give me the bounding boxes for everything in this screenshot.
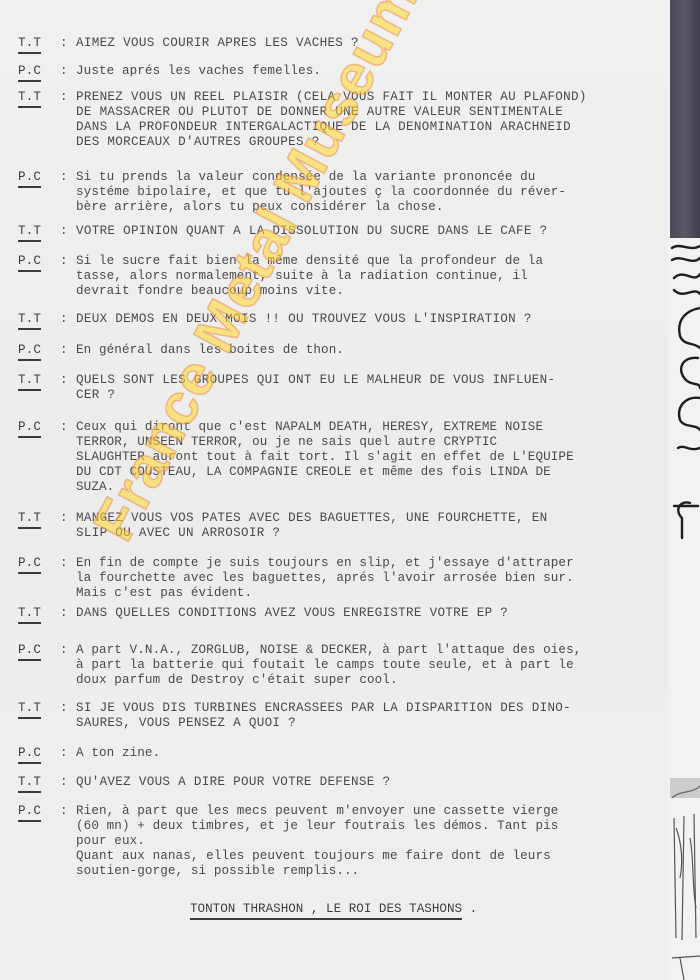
answer-entry: P.C:Si le sucre fait bien la même densit… xyxy=(18,254,668,299)
speaker-initials: P.C xyxy=(18,170,41,188)
speaker-label: T.T xyxy=(18,775,60,793)
speaker-label: P.C xyxy=(18,643,60,688)
separator: : xyxy=(60,511,76,541)
separator: : xyxy=(60,775,76,793)
speaker-label: T.T xyxy=(18,224,60,242)
separator: : xyxy=(60,606,76,624)
separator: : xyxy=(60,312,76,330)
question-entry: T.T:DANS QUELLES CONDITIONS AVEZ VOUS EN… xyxy=(18,606,668,624)
separator: : xyxy=(60,64,76,82)
answer-text: A part V.N.A., ZORGLUB, NOISE & DECKER, … xyxy=(76,643,668,688)
separator: : xyxy=(60,643,76,688)
question-entry: T.T:MANGEZ VOUS VOS PATES AVEC DES BAGUE… xyxy=(18,511,668,541)
separator: : xyxy=(60,556,76,601)
answer-text: Ceux qui diront que c'est NAPALM DEATH, … xyxy=(76,420,668,495)
answer-text: Juste aprés les vaches femelles. xyxy=(76,64,668,82)
speaker-label: P.C xyxy=(18,556,60,601)
speaker-label: T.T xyxy=(18,701,60,731)
separator: : xyxy=(60,701,76,731)
question-text: DANS QUELLES CONDITIONS AVEZ VOUS ENREGI… xyxy=(76,606,668,624)
speaker-initials: P.C xyxy=(18,254,41,272)
answer-text: A ton zine. xyxy=(76,746,668,764)
speaker-initials: P.C xyxy=(18,420,41,438)
answer-entry: P.C:Juste aprés les vaches femelles. xyxy=(18,64,668,82)
question-text: MANGEZ VOUS VOS PATES AVEC DES BAGUETTES… xyxy=(76,511,668,541)
answer-entry: P.C:A ton zine. xyxy=(18,746,668,764)
separator: : xyxy=(60,254,76,299)
speaker-initials: P.C xyxy=(18,746,41,764)
speaker-label: P.C xyxy=(18,343,60,361)
answer-text: Rien, à part que les mecs peuvent m'envo… xyxy=(76,804,668,879)
speaker-initials: P.C xyxy=(18,64,41,82)
separator: : xyxy=(60,343,76,361)
speaker-initials: T.T xyxy=(18,224,41,242)
speaker-label: T.T xyxy=(18,90,60,150)
question-entry: T.T:QU'AVEZ VOUS A DIRE POUR VOTRE DEFEN… xyxy=(18,775,668,793)
question-entry: T.T:SI JE VOUS DIS TURBINES ENCRASSEES P… xyxy=(18,701,668,731)
answer-text: En général dans les boites de thon. xyxy=(76,343,668,361)
answer-entry: P.C:En général dans les boites de thon. xyxy=(18,343,668,361)
signature-name: TONTON THRASHON , LE ROI DES TASHONS xyxy=(190,902,462,920)
question-text: PRENEZ VOUS UN REEL PLAISIR (CELA VOUS F… xyxy=(76,90,668,150)
separator: : xyxy=(60,36,76,54)
speaker-label: T.T xyxy=(18,373,60,403)
speaker-label: P.C xyxy=(18,254,60,299)
adjacent-page-drawing xyxy=(670,238,700,980)
speaker-initials: T.T xyxy=(18,775,41,793)
speaker-initials: T.T xyxy=(18,36,41,54)
answer-entry: P.C:A part V.N.A., ZORGLUB, NOISE & DECK… xyxy=(18,643,668,688)
question-text: VOTRE OPINION QUANT A LA DISSOLUTION DU … xyxy=(76,224,668,242)
separator: : xyxy=(60,90,76,150)
speaker-label: P.C xyxy=(18,64,60,82)
separator: : xyxy=(60,224,76,242)
speaker-initials: P.C xyxy=(18,804,41,822)
question-text: DEUX DEMOS EN DEUX MOIS !! OU TROUVEZ VO… xyxy=(76,312,668,330)
question-entry: T.T:DEUX DEMOS EN DEUX MOIS !! OU TROUVE… xyxy=(18,312,668,330)
question-entry: T.T:VOTRE OPINION QUANT A LA DISSOLUTION… xyxy=(18,224,668,242)
speaker-label: T.T xyxy=(18,312,60,330)
separator: : xyxy=(60,746,76,764)
signature: TONTON THRASHON , LE ROI DES TASHONS . xyxy=(190,902,477,916)
question-text: QU'AVEZ VOUS A DIRE POUR VOTRE DEFENSE ? xyxy=(76,775,668,793)
separator: : xyxy=(60,373,76,403)
speaker-label: P.C xyxy=(18,804,60,879)
speaker-label: P.C xyxy=(18,746,60,764)
question-entry: T.T:QUELS SONT LES GROUPES QUI ONT EU LE… xyxy=(18,373,668,403)
speaker-initials: T.T xyxy=(18,701,41,719)
speaker-label: T.T xyxy=(18,36,60,54)
separator: : xyxy=(60,420,76,495)
answer-text: Si le sucre fait bien la même densité qu… xyxy=(76,254,668,299)
speaker-initials: P.C xyxy=(18,643,41,661)
question-text: AIMEZ VOUS COURIR APRES LES VACHES ? xyxy=(76,36,668,54)
adjacent-page-photo xyxy=(670,0,700,238)
speaker-initials: P.C xyxy=(18,556,41,574)
speaker-initials: T.T xyxy=(18,373,41,391)
speaker-initials: T.T xyxy=(18,312,41,330)
speaker-label: P.C xyxy=(18,420,60,495)
separator: : xyxy=(60,170,76,215)
speaker-initials: T.T xyxy=(18,606,41,624)
question-text: SI JE VOUS DIS TURBINES ENCRASSEES PAR L… xyxy=(76,701,668,731)
speaker-label: P.C xyxy=(18,170,60,215)
question-entry: T.T:PRENEZ VOUS UN REEL PLAISIR (CELA VO… xyxy=(18,90,668,150)
question-entry: T.T:AIMEZ VOUS COURIR APRES LES VACHES ? xyxy=(18,36,668,54)
separator: : xyxy=(60,804,76,879)
answer-entry: P.C:Rien, à part que les mecs peuvent m'… xyxy=(18,804,668,879)
answer-entry: P.C:Ceux qui diront que c'est NAPALM DEA… xyxy=(18,420,668,495)
speaker-initials: T.T xyxy=(18,90,41,108)
answer-entry: P.C:Si tu prends la valeur condensée de … xyxy=(18,170,668,215)
speaker-initials: T.T xyxy=(18,511,41,529)
answer-text: En fin de compte je suis toujours en sli… xyxy=(76,556,668,601)
signature-period: . xyxy=(462,902,477,916)
answer-text: Si tu prends la valeur condensée de la v… xyxy=(76,170,668,215)
answer-entry: P.C:En fin de compte je suis toujours en… xyxy=(18,556,668,601)
speaker-label: T.T xyxy=(18,511,60,541)
question-text: QUELS SONT LES GROUPES QUI ONT EU LE MAL… xyxy=(76,373,668,403)
speaker-initials: P.C xyxy=(18,343,41,361)
speaker-label: T.T xyxy=(18,606,60,624)
